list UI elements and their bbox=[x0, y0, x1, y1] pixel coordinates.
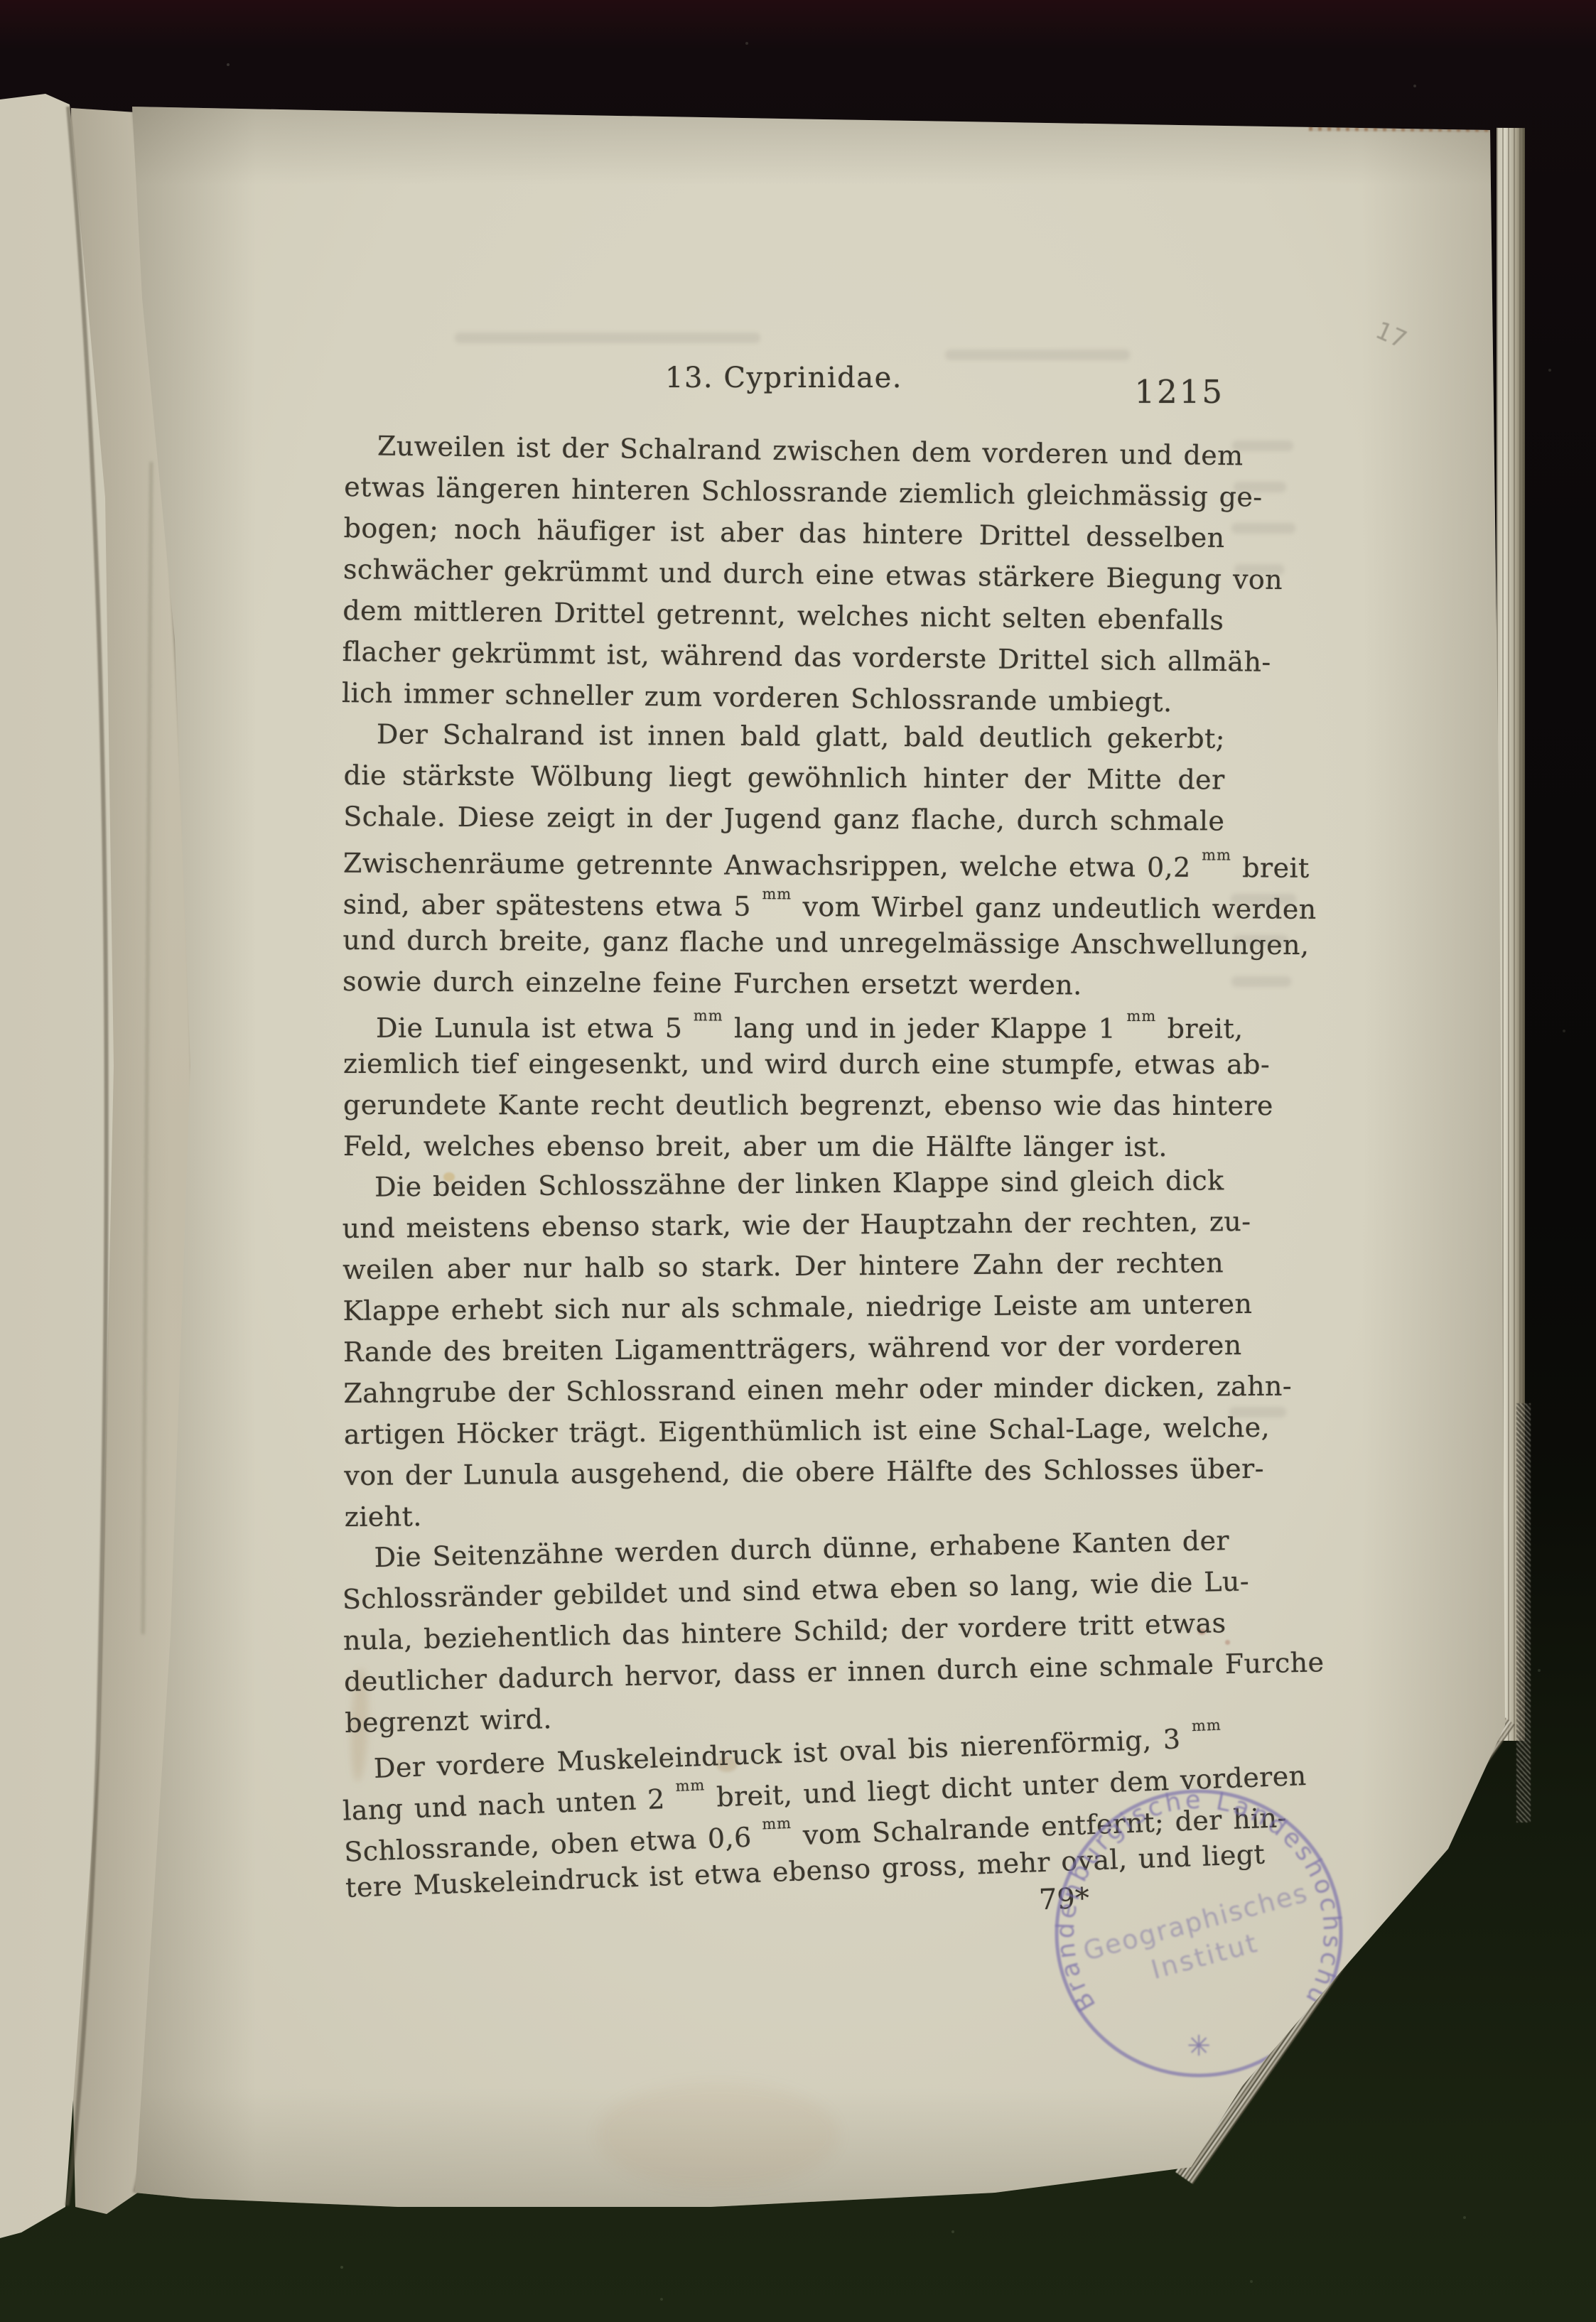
showthrough-mark bbox=[1231, 976, 1291, 987]
paragraph: Der Schalrand ist innen bald glatt, bald… bbox=[343, 713, 1225, 1006]
text-line: Die Lunula ist etwa 5 mm lang und in jed… bbox=[343, 1002, 1224, 1044]
text-line: Klappe erhebt sich nur als schmale, nied… bbox=[343, 1283, 1224, 1332]
stain bbox=[597, 2082, 839, 2188]
text-line: artigen Höcker trägt. Eigenthümlich ist … bbox=[344, 1407, 1225, 1455]
scanned-book-photo: 13. Cyprinidae. 1215 Zuweilen ist der Sc… bbox=[0, 0, 1596, 2322]
showthrough-mark bbox=[1231, 523, 1295, 534]
section-title: 13. Cyprinidae. bbox=[343, 362, 1224, 394]
page-number: 1215 bbox=[1134, 373, 1224, 411]
text-line: Zahngrube der Schlossrand einen mehr ode… bbox=[343, 1366, 1224, 1414]
text-line: Die beiden Schlosszähne der linken Klapp… bbox=[342, 1160, 1223, 1208]
text-line: gerundete Kante recht deutlich begrenzt,… bbox=[343, 1084, 1224, 1126]
text-line: Rande des breiten Ligamentträgers, währe… bbox=[343, 1324, 1224, 1373]
text-line: weilen aber nur halb so stark. Der hinte… bbox=[343, 1242, 1224, 1290]
text-line: von der Lunula ausgehend, die obere Hälf… bbox=[344, 1448, 1225, 1496]
paragraph: Die beiden Schlosszähne der linken Klapp… bbox=[342, 1160, 1226, 1538]
text-line: Zwischenräume getrennte Anwachsrippen, w… bbox=[343, 837, 1224, 882]
paragraph: Die Seitenzähne werden durch dünne, erha… bbox=[341, 1520, 1226, 1744]
showthrough-mark bbox=[945, 350, 1130, 360]
text-line: Der Schalrand ist innen bald glatt, bald… bbox=[344, 713, 1225, 759]
showthrough-mark bbox=[455, 333, 760, 343]
text-line: und durch breite, ganz flache und unrege… bbox=[343, 919, 1224, 965]
stamp-asterisk-icon: ✳ bbox=[1187, 2030, 1211, 2063]
paragraph: Zuweilen ist der Schalrand zwischen dem … bbox=[342, 425, 1226, 723]
pencil-mark: 17 bbox=[1371, 316, 1411, 355]
paragraph: Die Lunula ist etwa 5 mm lang und in jed… bbox=[343, 1002, 1224, 1167]
text-line: die stärkste Wölbung liegt gewöhnlich hi… bbox=[343, 755, 1224, 800]
page-header: 13. Cyprinidae. 1215 bbox=[343, 362, 1224, 411]
body-text: Zuweilen ist der Schalrand zwischen dem … bbox=[343, 425, 1224, 1908]
text-line: sind, aber spätestens etwa 5 mm vom Wirb… bbox=[343, 878, 1224, 924]
text-line: Schale. Diese zeigt in der Jugend ganz f… bbox=[343, 796, 1224, 841]
text-line: sowie durch einzelne feine Furchen erset… bbox=[343, 961, 1224, 1006]
text-line: und meistens ebenso stark, wie der Haupt… bbox=[342, 1201, 1223, 1249]
stain bbox=[1225, 1640, 1230, 1645]
text-line: ziemlich tief eingesenkt, und wird durch… bbox=[343, 1043, 1224, 1085]
